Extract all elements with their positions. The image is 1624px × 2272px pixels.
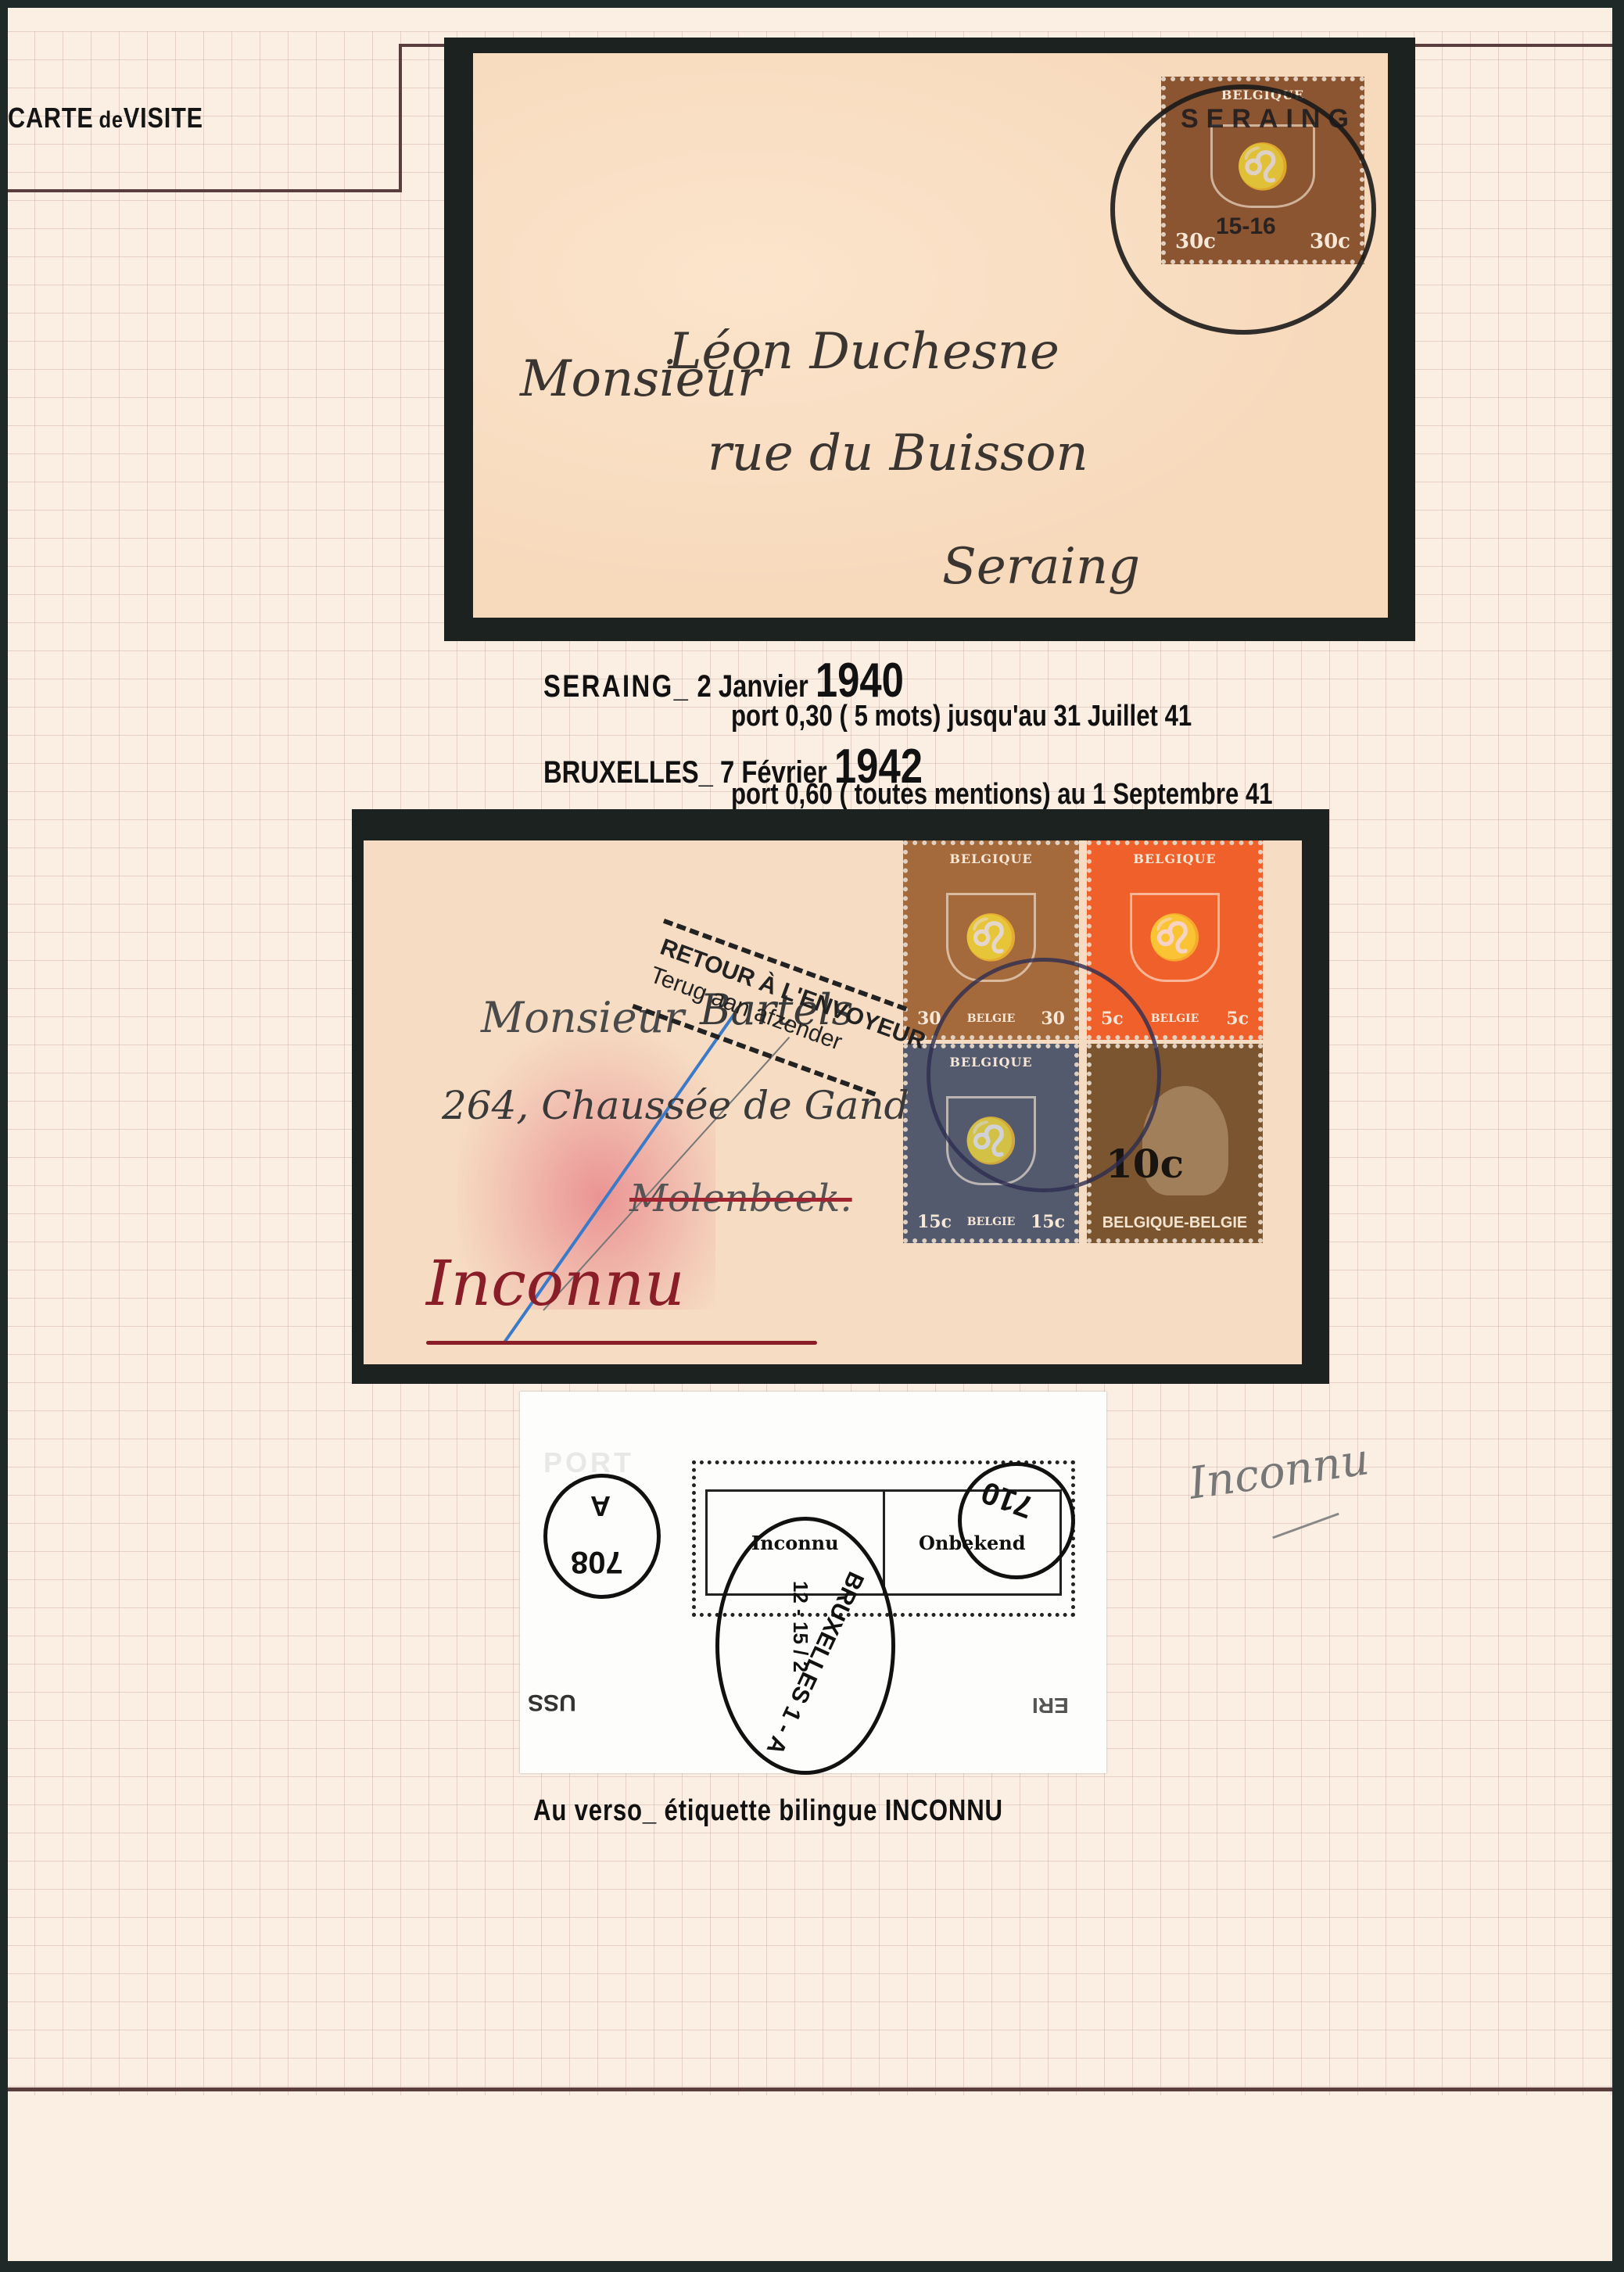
label-photocopy: PORT Inconnu Onbekend 708 A 710 BRUXELLE…: [520, 1392, 1106, 1773]
stamp-value-left: 15c: [917, 1212, 952, 1232]
cover1-postmark-place: SERAING: [1181, 104, 1357, 134]
cover1-address-name: Léon Duchesne: [669, 323, 1059, 381]
cover1-postmark-time: 15-16: [1216, 213, 1276, 240]
cover1-address-city: Seraing: [942, 538, 1140, 596]
album-page: CARTEdeVISITE BELGIQUE ♌ 30c30c SERAING …: [8, 8, 1612, 2261]
stamp-country: BELGIQUE: [1133, 851, 1216, 866]
cancel-708-number: 708: [571, 1544, 623, 1579]
stamp-value-right: 15c: [1031, 1212, 1065, 1232]
caption2-place: BRUXELLES_: [543, 755, 713, 790]
faded-port-text: PORT: [543, 1446, 634, 1479]
stamp-country: BELGIQUE: [949, 851, 1032, 866]
cover2-envelope: BELGIQUE ♌ 30BELGIE30 BELGIQUE ♌ 5cBELGI…: [364, 840, 1302, 1364]
stamp-country-alt: BELGIE: [1151, 1012, 1199, 1025]
cover1-envelope: BELGIQUE ♌ 30c30c SERAING 15-16 Monsieur…: [473, 53, 1388, 618]
cover2-address-street: 264, Chaussée de Gand: [442, 1083, 909, 1128]
cancel-708-letter: A: [590, 1489, 611, 1522]
stamp-country-alt: BELGIE: [967, 1216, 1016, 1228]
partial-cancel-right: ERI: [1032, 1693, 1069, 1718]
cover1-address-street: rue du Buisson: [708, 425, 1088, 482]
header-rule-vertical: [399, 44, 402, 192]
caption2-note: port 0,60 ( toutes mentions) au 1 Septem…: [731, 778, 1273, 812]
title-word-visite: VISITE: [124, 102, 203, 134]
lion-shield-icon: ♌: [1130, 893, 1219, 983]
page-title: CARTEdeVISITE: [8, 102, 203, 134]
title-word-carte: CARTE: [8, 102, 94, 134]
stamp-value-right: 5c: [1226, 1009, 1249, 1029]
bottom-caption: Au verso_ étiquette bilingue INCONNU: [533, 1794, 1003, 1828]
header-rule-bottom: [8, 189, 402, 192]
partial-cancel-left: USS: [528, 1689, 576, 1715]
cover2-annotation-inconnu: Inconnu: [426, 1247, 685, 1320]
cancel-bruxelles-date: 12 - 15 / 2: [788, 1581, 812, 1672]
cover2-address-city-struck: Molenbeek.: [629, 1177, 852, 1220]
annotation-underline: [426, 1341, 817, 1345]
caption1-place: SERAING_: [543, 669, 690, 704]
stamp-country: BELGIQUE-BELGIE: [1102, 1214, 1248, 1232]
cover2-postmark: [927, 958, 1161, 1192]
bottom-rule: [8, 2087, 1612, 2091]
title-word-de: de: [99, 107, 123, 133]
caption1-date: 2 Janvier: [697, 669, 808, 704]
caption1-note: port 0,30 ( 5 mots) jusqu'au 31 Juillet …: [731, 700, 1192, 733]
